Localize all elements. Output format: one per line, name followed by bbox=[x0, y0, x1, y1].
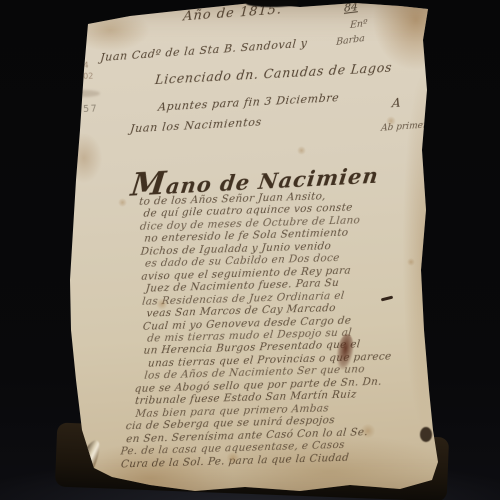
photo-background: T33 1º 64 Ca 002 0057 Año de 1815. 84 En… bbox=[0, 0, 500, 500]
margin-mark-caja: Ca 002 bbox=[65, 72, 94, 82]
pencil-smudge bbox=[66, 90, 100, 97]
margin-mark-no64: 1º 64 bbox=[67, 61, 89, 71]
paper-tear bbox=[246, 0, 298, 7]
margin-mark-t33: T33 bbox=[70, 50, 85, 60]
folio-number: 84 bbox=[344, 0, 358, 15]
edge-notch bbox=[420, 427, 432, 442]
foxing-spot bbox=[407, 258, 415, 266]
foxing-spot bbox=[156, 298, 168, 310]
foxing-spot bbox=[360, 424, 376, 438]
note-line-1-right: A bbox=[391, 96, 401, 111]
foxing-spot bbox=[386, 116, 396, 126]
foxing-spot bbox=[118, 198, 127, 207]
manuscript-body: to de los Años Señor Juan Ansito,de quí … bbox=[139, 188, 395, 469]
margin-mark-0057: 0057 bbox=[68, 103, 99, 115]
folio-month: Enº bbox=[350, 18, 368, 31]
foxing-spot bbox=[297, 146, 306, 155]
foxing-spot bbox=[226, 452, 240, 464]
